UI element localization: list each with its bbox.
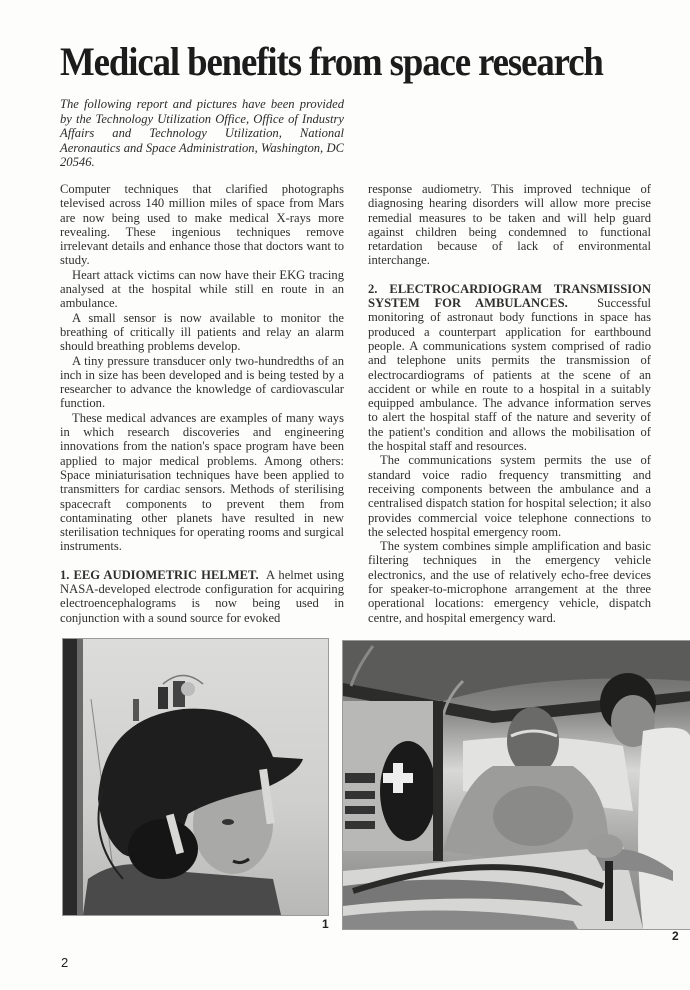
child-helmet-illustration <box>63 639 328 915</box>
left-column: Computer techniques that clarified photo… <box>60 182 344 625</box>
paragraph: The communications system permits the us… <box>368 453 651 539</box>
paragraph: A small sensor is now available to monit… <box>60 311 344 354</box>
paragraph: A tiny pressure transducer only two-hund… <box>60 354 344 411</box>
section-2: 2. ELECTROCARDIOGRAM TRANSMISSION SYSTEM… <box>368 282 651 454</box>
figure-2-photo <box>342 640 690 930</box>
figure-1-photo <box>62 638 329 916</box>
page-title: Medical benefits from space research <box>60 38 612 85</box>
intro-note: The following report and pictures have b… <box>60 97 344 170</box>
figure-1-number: 1 <box>322 917 329 931</box>
ambulance-patient-illustration <box>343 641 690 929</box>
page-number: 2 <box>61 955 68 970</box>
paragraph: Computer techniques that clarified photo… <box>60 182 344 268</box>
paragraph: These medical advances are examples of m… <box>60 411 344 554</box>
figure-2-number: 2 <box>672 929 679 943</box>
right-column: response audiometry. This improved techn… <box>368 182 651 625</box>
paragraph: The system combines simple amplification… <box>368 539 651 625</box>
section-2-text: Successful monitoring of astronaut body … <box>368 296 651 453</box>
paragraph: Heart attack victims can now have their … <box>60 268 344 311</box>
paragraph: response audiometry. This improved techn… <box>368 182 651 268</box>
section-1: 1. EEG AUDIOMETRIC HELMET. A helmet usin… <box>60 568 344 625</box>
section-1-heading: 1. EEG AUDIOMETRIC HELMET. <box>60 568 259 582</box>
